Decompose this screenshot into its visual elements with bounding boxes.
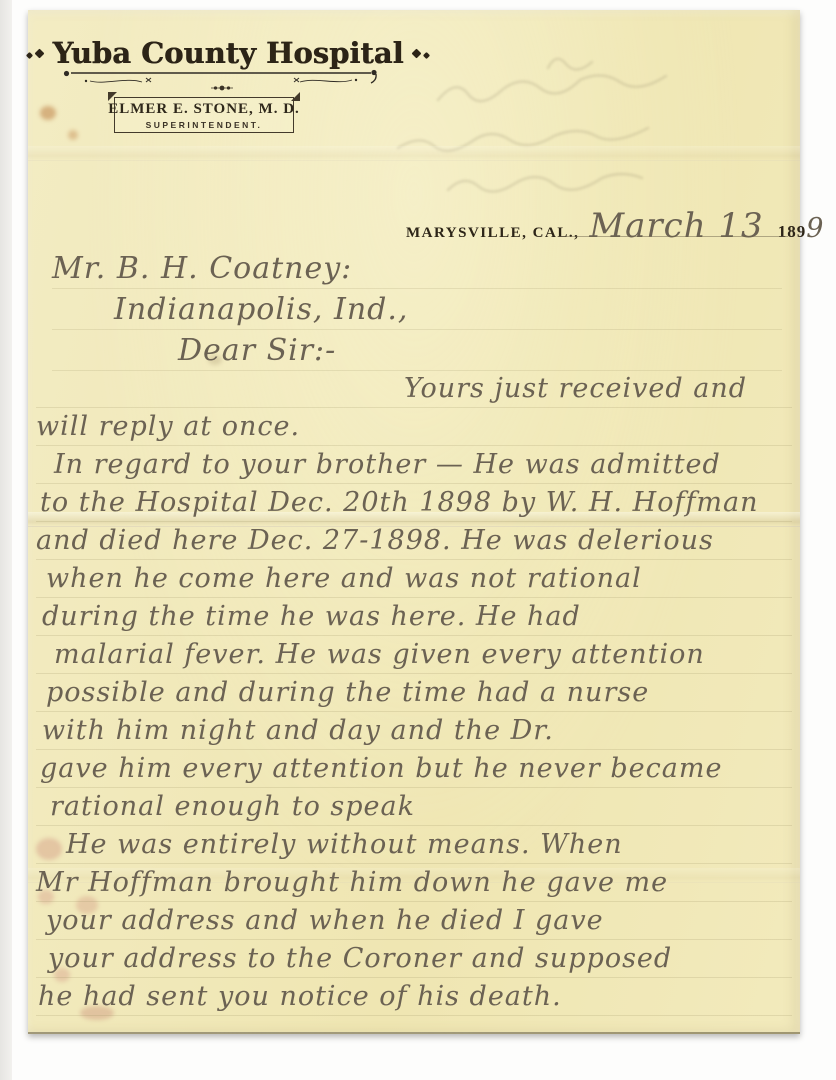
paper-stain [68,130,78,140]
paper-stain [40,106,56,120]
body-line: your address to the Coroner and supposed [36,940,792,978]
dateline-year-printed: 189 [778,222,807,242]
body-line: during the time he was here. He had [36,598,792,636]
body-line: to the Hospital Dec. 20th 1898 by W. H. … [36,484,792,522]
title-ornament-left-icon [27,49,43,58]
dateline: MARYSVILLE, CAL., March 13 189 9 [406,206,824,246]
letter-paper: Yuba County Hospital [28,10,800,1034]
body-line: when he come here and was not rational [36,560,792,598]
letter-body: Yours just received and will reply at on… [36,370,792,1016]
body-line: gave him every attention but he never be… [36,750,792,788]
recipient-line: Mr. B. H. Coatney: [52,248,782,289]
body-line: malarial fever. He was given every atten… [36,636,792,674]
body-line: Yours just received and [36,370,792,408]
dateline-year-digit-handwritten: 9 [806,213,824,244]
hospital-name: Yuba County Hospital [53,36,404,70]
body-line: your address and when he died I gave [36,902,792,940]
body-line: he had sent you notice of his death. [36,978,792,1016]
fold-crease [28,146,800,160]
recipient-address-line: Indianapolis, Ind., [52,289,782,330]
body-line: possible and during the time had a nurse [36,674,792,712]
superintendent-name: ELMER E. STONE, M. D. [108,101,300,118]
scanner-edge-shadow [0,0,12,1080]
fleuron-icon [210,82,234,94]
dateline-date-handwritten: March 13 [589,206,763,246]
body-line: and died here Dec. 27-1898. He was deler… [36,522,792,560]
salutation-line: Dear Sir:- [52,330,782,371]
bleedthrough-writing-marks [378,40,798,230]
dateline-rule [558,236,788,237]
body-line: with him night and day and the Dr. [36,712,792,750]
hospital-name-row: Yuba County Hospital [58,36,398,70]
body-line: will reply at once. [36,408,792,446]
superintendent-title: SUPERINTENDENT. [146,120,263,130]
superintendent-box: ELMER E. STONE, M. D. SUPERINTENDENT. [114,97,294,133]
salutation-block: Mr. B. H. Coatney: Indianapolis, Ind., D… [52,248,782,371]
body-line: In regard to your brother — He was admit… [36,446,792,484]
dateline-city: MARYSVILLE, CAL., [406,225,579,242]
body-line: rational enough to speak [36,788,792,826]
body-line: He was entirely without means. When [36,826,792,864]
body-line: Mr Hoffman brought him down he gave me [36,864,792,902]
title-ornament-right-icon [413,49,429,58]
